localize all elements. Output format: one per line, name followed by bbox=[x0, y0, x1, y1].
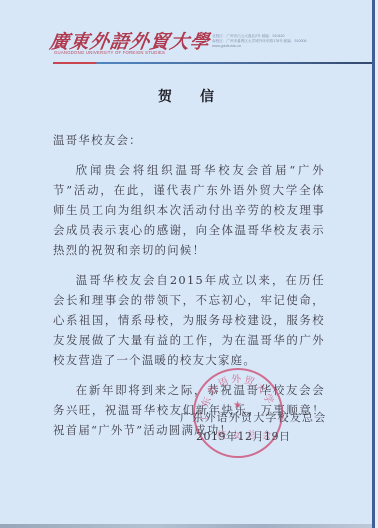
letterhead-address: 北校区：广州市白云大道北2号 邮编：510420 南校区：广州市番禺区大学城外环… bbox=[212, 34, 306, 49]
paragraph: 欣闻贵会将组织温哥华校友会首届“广外节”活动，在此，谨代表广东外语外贸大学全体师… bbox=[53, 160, 325, 260]
signature: 广东外语外贸大学校友总会 bbox=[180, 409, 326, 425]
letter-title: 贺信 bbox=[0, 86, 372, 106]
letterhead-divider bbox=[53, 62, 372, 64]
letter-date: 2019年12月19日 bbox=[196, 428, 291, 444]
paragraph: 温哥华校友会自2015年成立以来，在历任会长和理事会的带领下，不忘初心，牢记使命… bbox=[53, 270, 325, 370]
address-line: www.gdufs.edu.cn bbox=[212, 44, 306, 49]
salutation: 温哥华校友会： bbox=[53, 130, 325, 150]
letter-body: 温哥华校友会： 欣闻贵会将组织温哥华校友会首届“广外节”活动，在此，谨代表广东外… bbox=[53, 130, 325, 440]
university-logo-en: GUANGDONG UNIVERSITY OF FOREIGN STUDIES bbox=[54, 50, 165, 55]
title-char: 信 bbox=[200, 86, 214, 106]
page-bottom-edge bbox=[0, 524, 372, 528]
title-char: 贺 bbox=[158, 86, 172, 106]
letter-page: 廣東外語外貿大學 GUANGDONG UNIVERSITY OF FOREIGN… bbox=[0, 0, 372, 526]
